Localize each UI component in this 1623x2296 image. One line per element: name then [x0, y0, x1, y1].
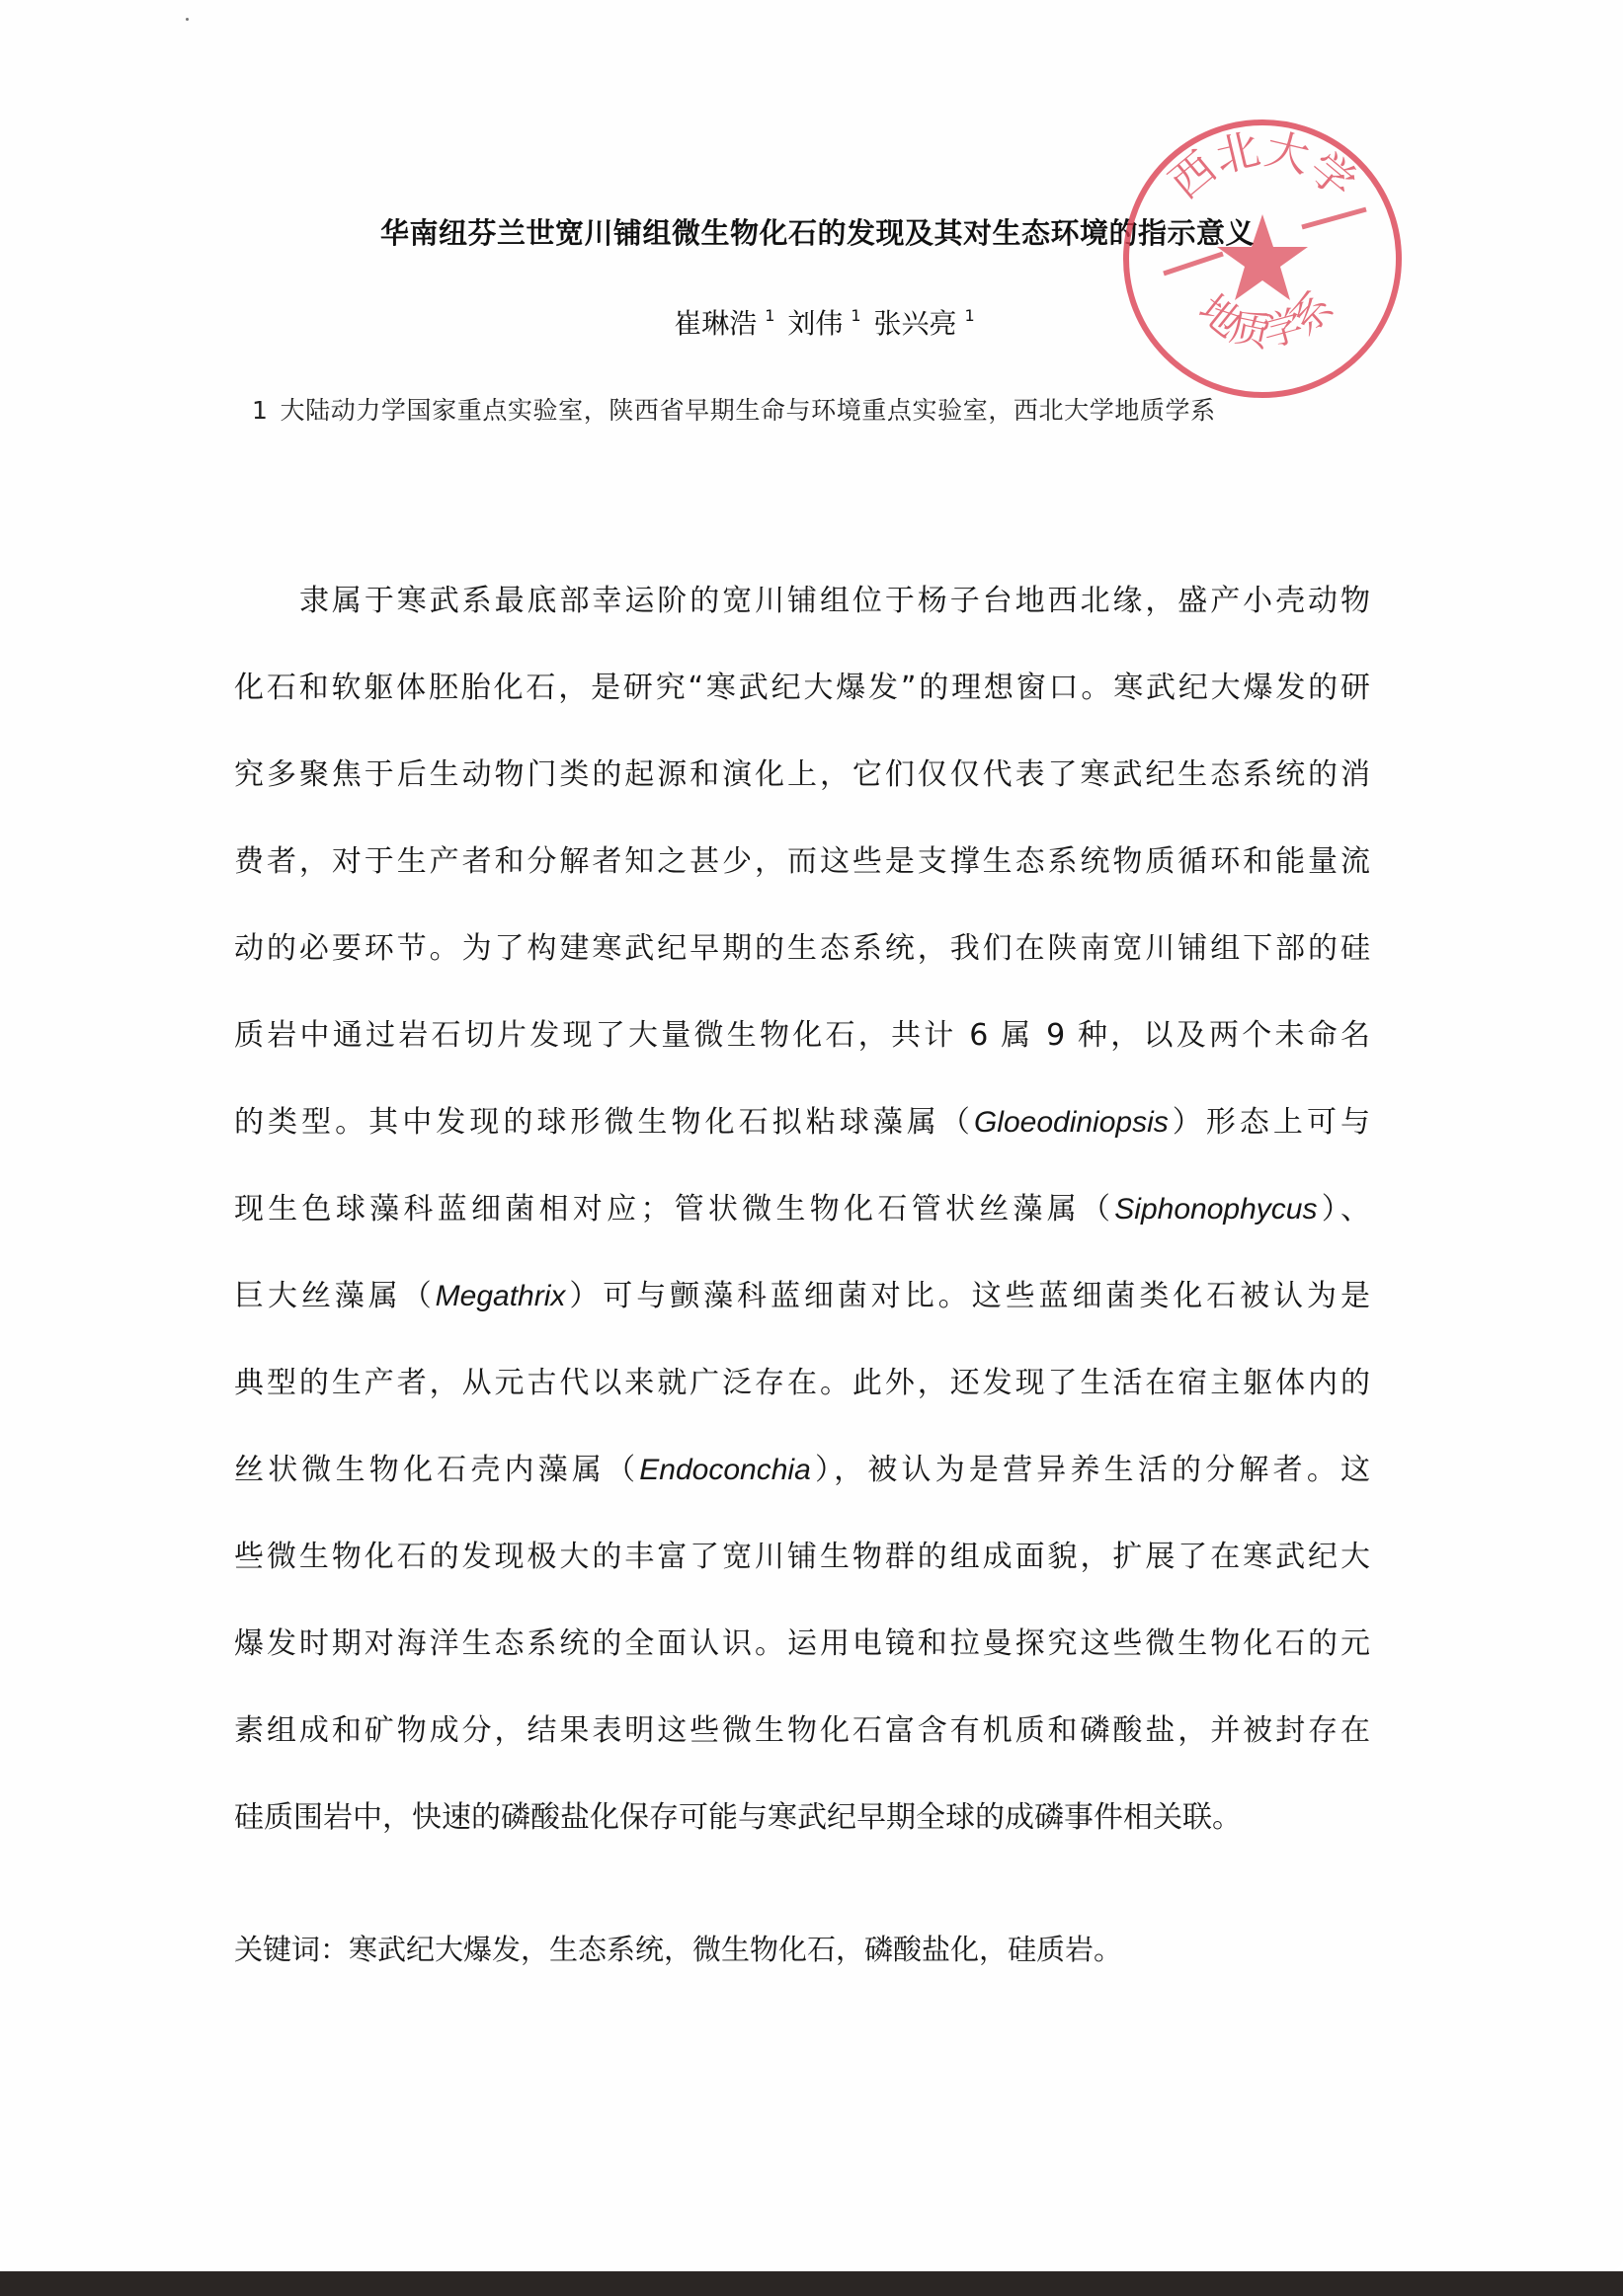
abstract-line: 现生色球藻科蓝细菌相对应；管状微生物化石管状丝藻属（Siphonophycus）…	[234, 1166, 1370, 1253]
abstract-line: 素组成和矿物成分，结果表明这些微生物化石富含有机质和磷酸盐，并被封存在	[234, 1688, 1370, 1775]
abstract-line: 巨大丝藻属（Megathrix）可与颤藻科蓝细菌对比。这些蓝细菌类化石被认为是	[234, 1253, 1370, 1340]
affiliation: 1大陆动力学国家重点实验室，陕西省早期生命与环境重点实验室，西北大学地质学系	[252, 391, 1216, 427]
scanned-page: 华南纽芬兰世宽川铺组微生物化石的发现及其对生态环境的指示意义 崔琳浩1 刘伟1 …	[0, 0, 1623, 2271]
text-run: ）形态上可与	[1169, 1105, 1370, 1140]
taxon-name: Megathrix	[436, 1280, 566, 1312]
text-run: 巨大丝藻属（	[234, 1279, 436, 1313]
abstract-line: 费者，对于生产者和分解者知之甚少，而这些是支撑生态系统物质循环和能量流	[234, 819, 1370, 906]
author-name: 崔琳浩	[674, 307, 757, 340]
abstract-line: 丝状微生物化石壳内藻属（Endoconchia），被认为是营异养生活的分解者。这	[234, 1427, 1370, 1514]
abstract-line: 质岩中通过岩石切片发现了大量微生物化石，共计 6 属 9 种，以及两个未命名	[234, 992, 1370, 1079]
abstract-line: 究多聚焦于后生动物门类的起源和演化上，它们仅仅代表了寒武纪生态系统的消	[234, 732, 1370, 819]
abstract-body: 隶属于寒武系最底部幸运阶的宽川铺组位于杨子台地西北缘，盛产小壳动物 化石和软躯体…	[234, 558, 1370, 1861]
scanner-bottom-edge	[0, 2271, 1623, 2296]
taxon-name: Siphonophycus	[1114, 1193, 1317, 1226]
abstract-line: 动的必要环节。为了构建寒武纪早期的生态系统，我们在陕南宽川铺组下部的硅	[234, 906, 1370, 992]
abstract-line: 的类型。其中发现的球形微生物化石拟粘球藻属（Gloeodiniopsis）形态上…	[234, 1079, 1370, 1166]
author-name: 张兴亮	[874, 307, 957, 340]
text-run: 丝状微生物化石壳内藻属（	[234, 1453, 639, 1487]
affiliation-mark: 1	[851, 306, 860, 325]
official-seal-stamp: 西北大学 地质学系	[1114, 111, 1411, 407]
text-run: 的类型。其中发现的球形微生物化石拟粘球藻属（	[234, 1105, 974, 1140]
text-run: ），被认为是营异养生活的分解者。这	[811, 1453, 1370, 1487]
stamp-text-bottom: 地质学系	[1190, 283, 1342, 356]
star-icon	[1217, 214, 1308, 300]
svg-text:西北大学: 西北大学	[1161, 124, 1365, 209]
taxon-name: Endoconchia	[639, 1454, 810, 1486]
keywords: 关键词：寒武纪大爆发，生态系统，微生物化石，磷酸盐化，硅质岩。	[234, 1928, 1122, 1968]
text-run: ）可与颤藻科蓝细菌对比。这些蓝细菌类化石被认为是	[565, 1279, 1370, 1313]
stamp-text-top: 西北大学	[1161, 124, 1365, 209]
affiliation-text: 大陆动力学国家重点实验室，陕西省早期生命与环境重点实验室，西北大学地质学系	[281, 396, 1216, 425]
abstract-line: 爆发时期对海洋生态系统的全面认识。运用电镜和拉曼探究这些微生物化石的元	[234, 1601, 1370, 1688]
affiliation-mark: 1	[965, 306, 975, 325]
abstract-line: 典型的生产者，从元古代以来就广泛存在。此外，还发现了生活在宿主躯体内的	[234, 1340, 1370, 1427]
author-name: 刘伟	[787, 307, 843, 340]
text-run: 现生色球藻科蓝细菌相对应；管状微生物化石管状丝藻属（	[234, 1192, 1114, 1227]
text-run: ）、	[1317, 1192, 1370, 1227]
abstract-line: 隶属于寒武系最底部幸运阶的宽川铺组位于杨子台地西北缘，盛产小壳动物	[234, 558, 1370, 645]
scan-speck	[186, 18, 189, 21]
abstract-line: 硅质围岩中，快速的磷酸盐化保存可能与寒武纪早期全球的成磷事件相关联。	[234, 1775, 1370, 1861]
svg-text:地质学系: 地质学系	[1190, 283, 1342, 356]
abstract-line: 些微生物化石的发现极大的丰富了宽川铺生物群的组成面貌，扩展了在寒武纪大	[234, 1514, 1370, 1601]
taxon-name: Gloeodiniopsis	[974, 1106, 1169, 1139]
affiliation-mark: 1	[765, 306, 774, 325]
abstract-line: 化石和软躯体胚胎化石，是研究“寒武纪大爆发”的理想窗口。寒武纪大爆发的研	[234, 645, 1370, 732]
affiliation-number: 1	[252, 396, 269, 425]
